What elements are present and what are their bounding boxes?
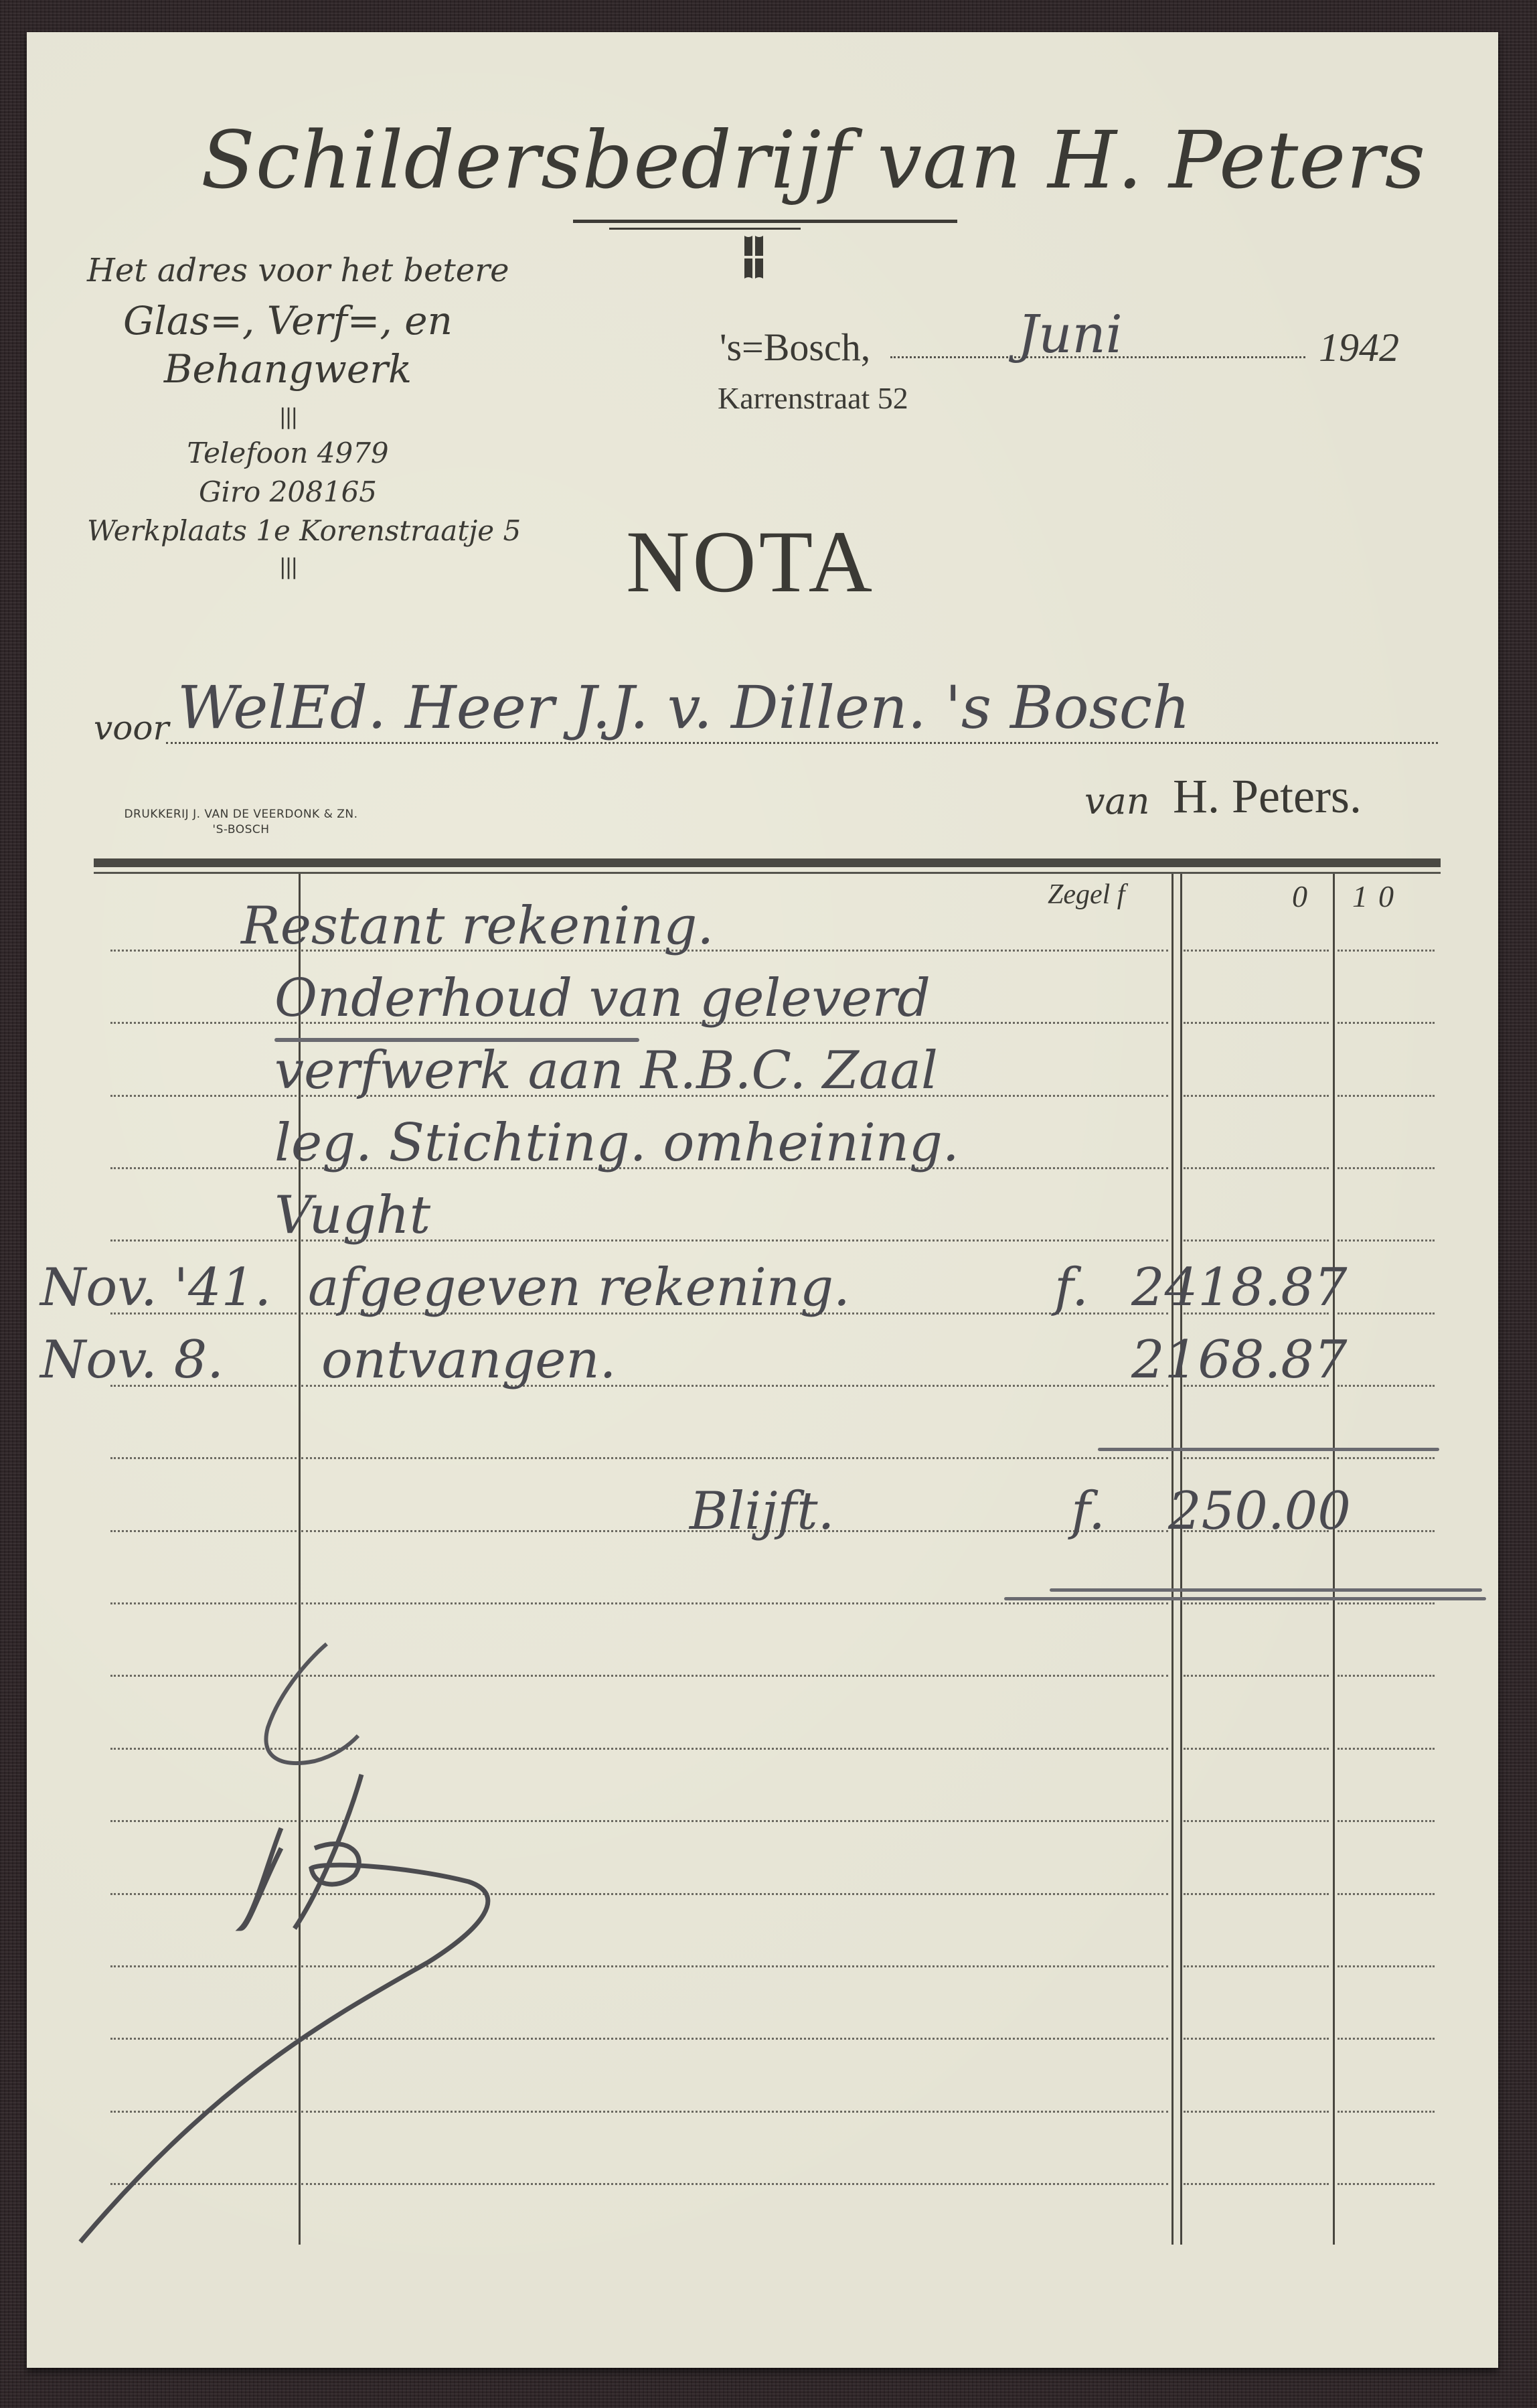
signature-icon: [0, 0, 1537, 2408]
